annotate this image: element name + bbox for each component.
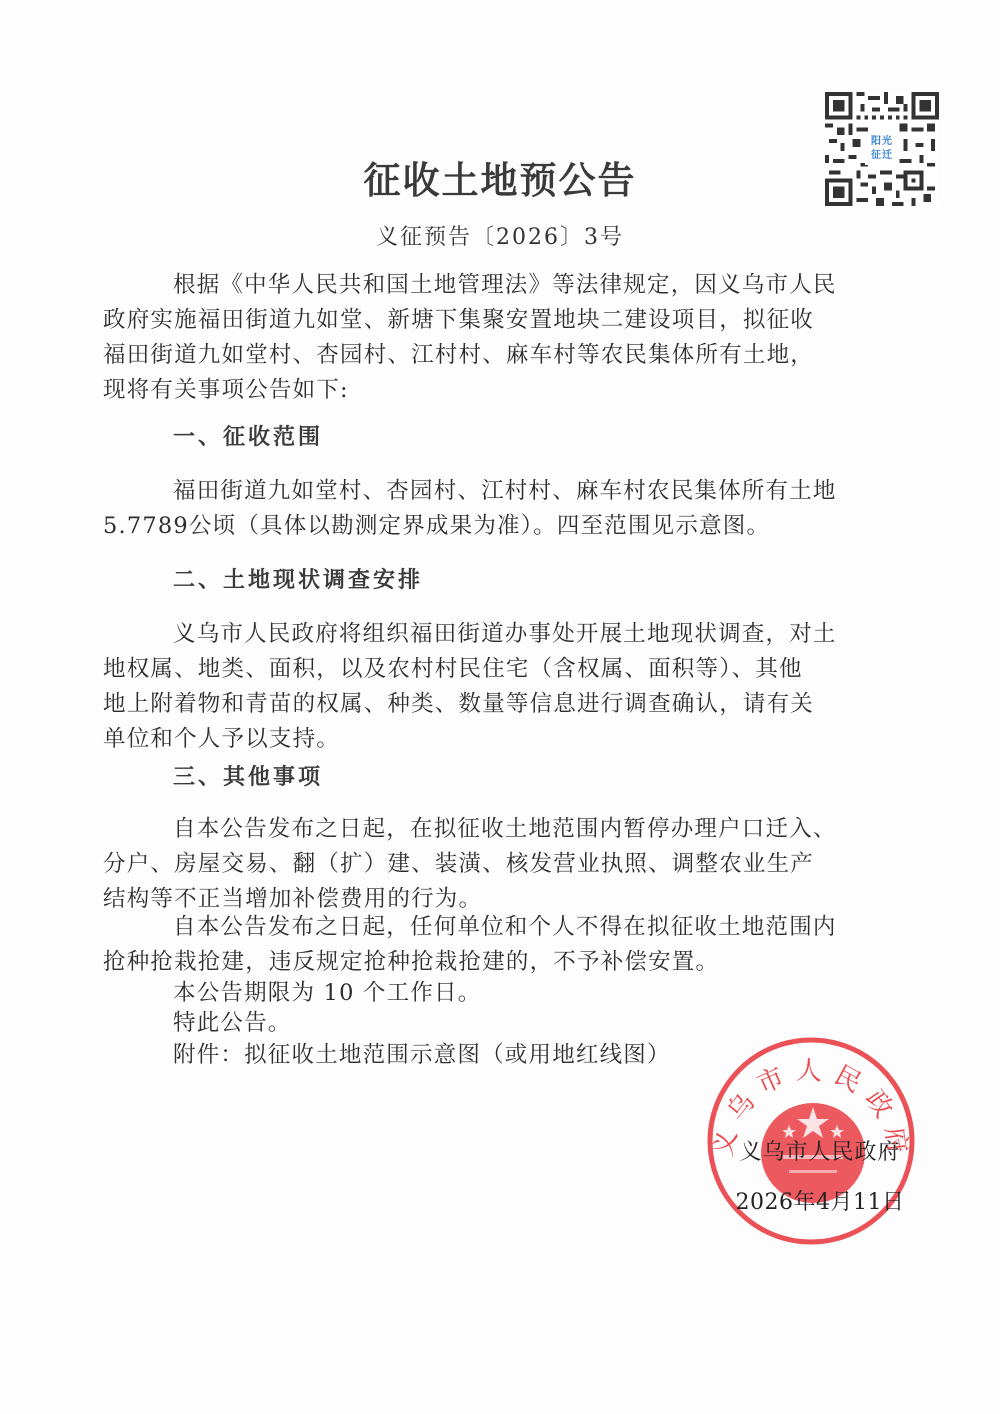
scope-line: 福田街道九如堂村、杏园村、江村村、麻车村农民集体所有土地 xyxy=(103,474,903,509)
qr-badge-line1: 阳光 xyxy=(865,135,899,149)
section-other-paragraph-1: 自本公告发布之日起，在拟征收土地范围内暂停办理户口迁入、 分户、房屋交易、翻（扩… xyxy=(103,812,903,917)
document-number: 义征预告〔2026〕3号 xyxy=(0,220,1000,251)
intro-paragraph: 根据《中华人民共和国土地管理法》等法律规定，因义乌市人民 政府实施福田街道九如堂… xyxy=(103,268,903,408)
page-title: 征收土地预公告 xyxy=(0,150,1000,204)
section-survey-paragraph: 义乌市人民政府将组织福田街道办事处开展土地现状调查，对土 地权属、地类、面积，以… xyxy=(103,617,903,757)
intro-line: 现将有关事项公告如下: xyxy=(103,373,903,408)
intro-line: 福田街道九如堂村、杏园村、江村村、麻车村等农民集体所有土地， xyxy=(103,338,903,373)
notice-period: 本公告期限为 10 个工作日。 xyxy=(173,975,481,1007)
survey-line: 义乌市人民政府将组织福田街道办事处开展土地现状调查，对土 xyxy=(103,617,903,652)
other-line: 自本公告发布之日起，任何单位和个人不得在拟征收土地范围内 xyxy=(103,910,903,945)
section-scope-paragraph: 福田街道九如堂村、杏园村、江村村、麻车村农民集体所有土地 5.7789公顷（具体… xyxy=(103,474,903,544)
issue-date: 2026年4月11日 xyxy=(720,1185,920,1216)
survey-line: 单位和个人予以支持。 xyxy=(103,722,903,757)
section-heading-other: 三、其他事项 xyxy=(173,760,323,791)
intro-line: 根据《中华人民共和国土地管理法》等法律规定，因义乌市人民 xyxy=(103,268,903,303)
survey-line: 地上附着物和青苗的权属、种类、数量等信息进行调查确认，请有关 xyxy=(103,687,903,722)
section-other-paragraph-2: 自本公告发布之日起，任何单位和个人不得在拟征收土地范围内 抢种抢栽抢建，违反规定… xyxy=(103,910,903,980)
section-heading-scope: 一、征收范围 xyxy=(173,420,323,451)
scope-line: 5.7789公顷（具体以勘测定界成果为准）。四至范围见示意图。 xyxy=(103,509,903,544)
survey-line: 地权属、地类、面积，以及农村村民住宅（含权属、面积等）、其他 xyxy=(103,652,903,687)
document-page: 阳光 征迁 征收土地预公告 义征预告〔2026〕3号 根据《中华人民共和国土地管… xyxy=(0,0,1000,1414)
closing-text: 特此公告。 xyxy=(173,1005,292,1037)
section-heading-survey: 二、土地现状调查安排 xyxy=(173,563,423,594)
attachment-link[interactable]: 附件：拟征收土地范围示意图（或用地红线图） xyxy=(173,1037,671,1069)
issuer-signature: 义乌市人民政府 xyxy=(720,1135,920,1166)
other-line: 分户、房屋交易、翻（扩）建、装潢、核发营业执照、调整农业生产 xyxy=(103,847,903,882)
other-line: 自本公告发布之日起，在拟征收土地范围内暂停办理户口迁入、 xyxy=(103,812,903,847)
intro-line: 政府实施福田街道九如堂、新塘下集聚安置地块二建设项目，拟征收 xyxy=(103,303,903,338)
